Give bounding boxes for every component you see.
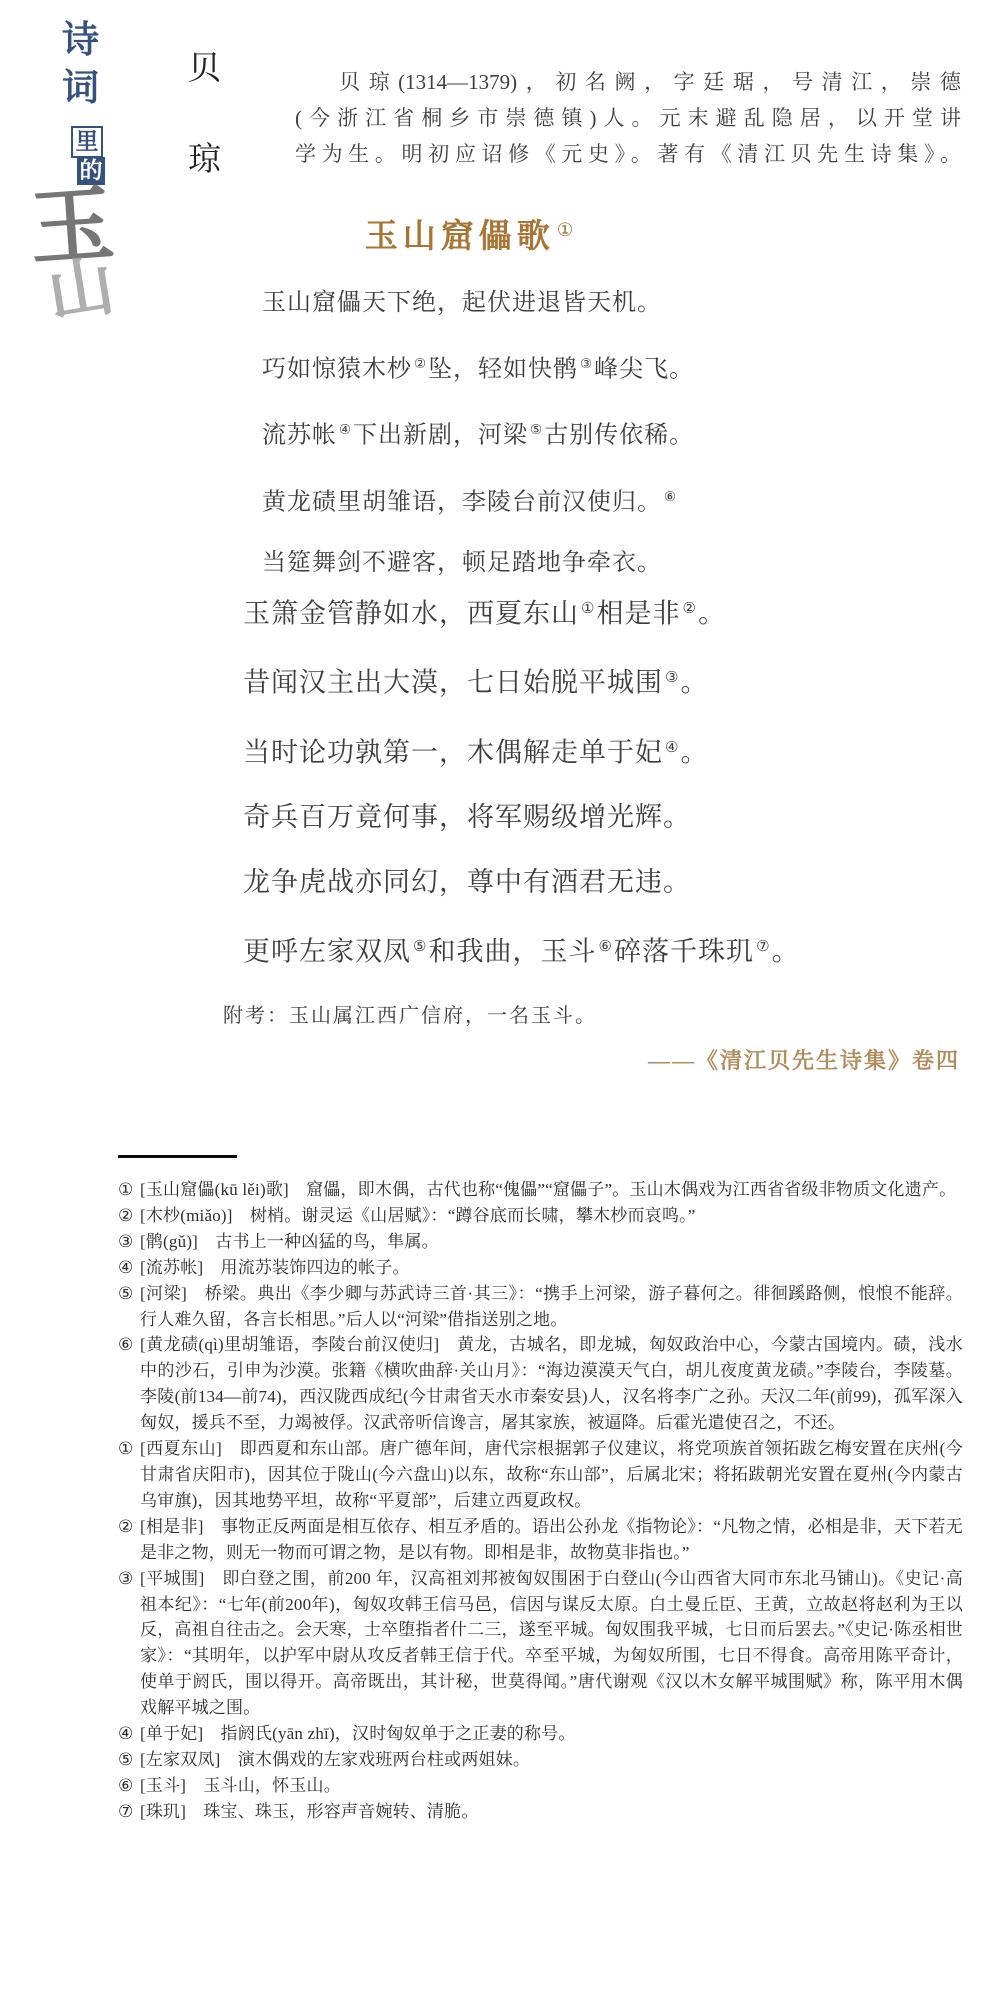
footnote-text: [平城围] 即白登之围，前200 年，汉高祖刘邦被匈奴围困于白登山(今山西省大同… bbox=[140, 1569, 963, 1718]
footnote-number: ③ bbox=[118, 1229, 133, 1255]
author-char-1: 贝 bbox=[188, 53, 221, 86]
footnote-text: [左家双凤] 演木偶戏的左家戏班两台柱或两姐妹。 bbox=[140, 1750, 530, 1769]
footnote-item: ①[西夏东山] 即西夏和东山部。唐广德年间，唐代宗根据郭子仪建议，将党项族首领拓… bbox=[118, 1436, 963, 1514]
footnote-item: ⑥[玉斗] 玉斗山，怀玉山。 bbox=[118, 1773, 963, 1799]
poem-title: 玉山窟儡歌① bbox=[150, 219, 790, 255]
footnote-item: ②[相是非] 事物正反两面是相互依存、相互矛盾的。语出公孙龙《指物论》：“凡物之… bbox=[118, 1514, 963, 1566]
footnote-number: ④ bbox=[118, 1255, 133, 1281]
footnotes-section: ①[玉山窟儡(kū lěi)歌] 窟儡，即木偶，古代也称“傀儡”“窟儡子”。玉山… bbox=[118, 1177, 963, 1825]
poem-line: 巧如惊猿木杪②坠，轻如快鹘③峰尖飞。 bbox=[262, 352, 694, 381]
series-char-li-box: 里 bbox=[71, 126, 103, 158]
poem-line: 奇兵百万竟何事，将军赐级增光辉。 bbox=[243, 804, 800, 831]
footnote-text: [玉斗] 玉斗山，怀玉山。 bbox=[140, 1776, 341, 1795]
footnote-item: ⑤[左家双凤] 演木偶戏的左家戏班两台柱或两姐妹。 bbox=[118, 1747, 963, 1773]
poem-stanza-2: 玉箫金管静如水，西夏东山①相是非②。昔闻汉主出大漠，七日始脱平城围③。当时论功孰… bbox=[243, 596, 800, 1003]
poem-line: 玉山窟儡天下绝，起伏进退皆天机。 bbox=[262, 291, 694, 315]
bio-line: 学为生。明初应诏修《元史》。著有《清江贝先生诗集》。 bbox=[295, 136, 961, 172]
footnote-ref: ② bbox=[683, 601, 697, 617]
bio-line: (今浙江省桐乡市崇德镇)人。元末避乱隐居，以开堂讲 bbox=[295, 100, 961, 136]
footnote-text: [黄龙碛(qì)里胡雏语，李陵台前汉使归] 黄龙，古城名，即龙城，匈奴政治中心，… bbox=[140, 1335, 963, 1432]
footnote-text: [河梁] 桥梁。典出《李少卿与苏武诗三首·其三》：“携手上河梁，游子暮何之。徘徊… bbox=[140, 1284, 963, 1329]
footnote-ref: ⑥ bbox=[664, 489, 676, 504]
footnote-number: ② bbox=[118, 1514, 133, 1540]
footnote-text: [西夏东山] 即西夏和东山部。唐广德年间，唐代宗根据郭子仪建议，将党项族首领拓跋… bbox=[140, 1439, 963, 1510]
footnote-number: ① bbox=[118, 1436, 133, 1462]
footnote-number: ⑥ bbox=[118, 1773, 133, 1799]
bio-line: 贝琼(1314—1379)，初名阙，字廷琚，号清江，崇德 bbox=[295, 64, 961, 100]
footnote-text: [木杪(miǎo)] 树梢。谢灵运《山居赋》：“蹲谷底而长啸，攀木杪而哀鸣。” bbox=[140, 1206, 696, 1225]
source-attribution: ——《清江贝先生诗集》卷四 bbox=[0, 1044, 960, 1075]
footnote-item: ④[流苏帐] 用流苏装饰四边的帐子。 bbox=[118, 1255, 963, 1281]
poem-line: 玉箫金管静如水，西夏东山①相是非②。 bbox=[243, 596, 800, 627]
footnote-text: [单于妃] 指阏氏(yān zhī)，汉时匈奴单于之正妻的称号。 bbox=[140, 1724, 576, 1743]
footnote-text: [流苏帐] 用流苏装饰四边的帐子。 bbox=[140, 1258, 410, 1277]
footnote-item: ④[单于妃] 指阏氏(yān zhī)，汉时匈奴单于之正妻的称号。 bbox=[118, 1721, 963, 1747]
footnote-number: ④ bbox=[118, 1721, 133, 1747]
poem-line: 龙争虎战亦同幻，尊中有酒君无违。 bbox=[243, 869, 800, 896]
footnote-ref: ③ bbox=[665, 670, 679, 686]
poem-line: 昔闻汉主出大漠，七日始脱平城围③。 bbox=[243, 665, 800, 696]
footnote-ref: ⑤ bbox=[530, 422, 542, 437]
footnote-text: [珠玑] 珠宝、珠玉，形容声音婉转、清脆。 bbox=[140, 1802, 479, 1821]
footnote-item: ③[鹘(gǔ)] 古书上一种凶猛的鸟，隼属。 bbox=[118, 1229, 963, 1255]
poem-line: 黄龙碛里胡雏语，李陵台前汉使归。⑥ bbox=[262, 485, 694, 514]
footnote-number: ⑦ bbox=[118, 1799, 133, 1825]
footnote-number: ③ bbox=[118, 1566, 133, 1592]
footnote-item: ⑦[珠玑] 珠宝、珠玉，形容声音婉转、清脆。 bbox=[118, 1799, 963, 1825]
footnote-text: [玉山窟儡(kū lěi)歌] 窟儡，即木偶，古代也称“傀儡”“窟儡子”。玉山木… bbox=[140, 1180, 956, 1199]
footnote-item: ⑥[黄龙碛(qì)里胡雏语，李陵台前汉使归] 黄龙，古城名，即龙城，匈奴政治中心… bbox=[118, 1332, 963, 1436]
appendix-note: 附考：玉山属江西广信府，一名玉斗。 bbox=[223, 999, 597, 1028]
footnote-ref: ⑥ bbox=[599, 939, 613, 955]
author-bio: 贝琼(1314—1379)，初名阙，字廷琚，号清江，崇德 (今浙江省桐乡市崇德镇… bbox=[295, 64, 961, 172]
footnote-number: ⑤ bbox=[118, 1747, 133, 1773]
poem-line: 当时论功孰第一，木偶解走单于妃④。 bbox=[243, 735, 800, 766]
footnote-item: ②[木杪(miǎo)] 树梢。谢灵运《山居赋》：“蹲谷底而长啸，攀木杪而哀鸣。” bbox=[118, 1203, 963, 1229]
footnote-ref: ① bbox=[557, 220, 574, 240]
footnote-text: [相是非] 事物正反两面是相互依存、相互矛盾的。语出公孙龙《指物论》：“凡物之情… bbox=[140, 1517, 963, 1562]
series-char-shi: 诗 bbox=[62, 22, 99, 59]
footnote-ref: ② bbox=[414, 356, 426, 371]
calligraphy-shan: 山 bbox=[43, 253, 119, 329]
footnote-ref: ④ bbox=[339, 422, 351, 437]
footnote-ref: ③ bbox=[580, 356, 592, 371]
poem-line: 当筵舞剑不避客，顿足踏地争牵衣。 bbox=[262, 551, 694, 575]
poem-line: 流苏帐④下出新剧，河梁⑤古别传依稀。 bbox=[262, 418, 694, 447]
footnote-ref: ④ bbox=[665, 740, 679, 756]
poem-line: 更呼左家双凤⑤和我曲，玉斗⑥碎落千珠玑⑦。 bbox=[243, 934, 800, 965]
footnote-number: ② bbox=[118, 1203, 133, 1229]
series-char-ci: 词 bbox=[62, 70, 99, 107]
footnote-number: ⑥ bbox=[118, 1332, 133, 1358]
footnote-ref: ① bbox=[581, 601, 595, 617]
poem-stanza-1: 玉山窟儡天下绝，起伏进退皆天机。巧如惊猿木杪②坠，轻如快鹘③峰尖飞。流苏帐④下出… bbox=[262, 291, 694, 612]
footnote-divider bbox=[118, 1155, 237, 1158]
footnote-ref: ⑦ bbox=[756, 939, 770, 955]
author-char-2: 琼 bbox=[188, 144, 221, 177]
footnote-number: ⑤ bbox=[118, 1281, 133, 1307]
footnote-number: ① bbox=[118, 1177, 133, 1203]
footnote-item: ①[玉山窟儡(kū lěi)歌] 窟儡，即木偶，古代也称“傀儡”“窟儡子”。玉山… bbox=[118, 1177, 963, 1203]
footnote-ref: ⑤ bbox=[413, 939, 427, 955]
book-page: 诗 词 里 的 玉 山 贝 琼 贝琼(1314—1379)，初名阙，字廷琚，号清… bbox=[0, 0, 1002, 2007]
footnote-item: ③[平城围] 即白登之围，前200 年，汉高祖刘邦被匈奴围困于白登山(今山西省大… bbox=[118, 1566, 963, 1721]
footnote-text: [鹘(gǔ)] 古书上一种凶猛的鸟，隼属。 bbox=[140, 1232, 439, 1251]
footnote-item: ⑤[河梁] 桥梁。典出《李少卿与苏武诗三首·其三》：“携手上河梁，游子暮何之。徘… bbox=[118, 1281, 963, 1333]
